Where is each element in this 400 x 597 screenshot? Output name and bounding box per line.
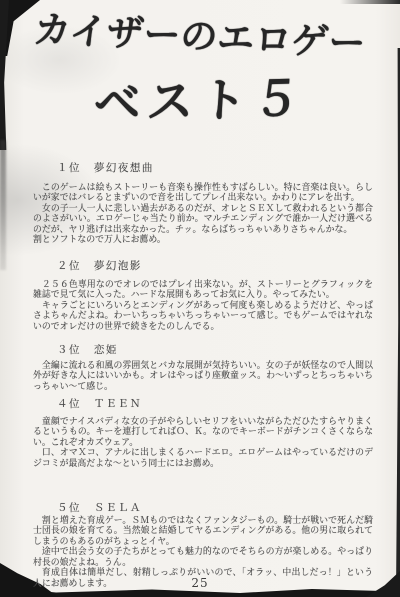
entry-3-heading: ３位 恋姫 [57, 342, 118, 357]
entry-2-review: ２５６色専用なのでオレのではプレイ出来ない。が、ストーリーとグラフィックを雑誌で… [33, 280, 373, 332]
entry-4-game-title: ＴＥＥＮ [94, 398, 142, 410]
entry-2-paragraph: キャラごとにいろいろとエンディングがあって何度も楽しめるようだけど、やっぱさよち… [33, 301, 373, 332]
entry-1-paragraph: このゲームは絵もストーリーも音楽も操作性もすばらしい。特に音楽は良い。らしいが家… [33, 183, 373, 204]
entry-4-rank: ４位 [57, 398, 81, 410]
entry-2-rank: ２位 [57, 260, 81, 272]
page-title-line2: ベスト５ [0, 59, 400, 137]
entry-1-paragraph: 割とソフトなので万人にお薦め。 [33, 235, 373, 245]
entry-3-paragraph: 全編に流れる和風の雰囲気とバカな展開が気持ちいい。女の子が妖怪なので人間以外が好… [33, 361, 373, 392]
scan-smudge-left [0, 140, 6, 270]
page-title-line1: カイザーのエロゲー [0, 0, 400, 69]
entry-3-review: 全編に流れる和風の雰囲気とバカな展開が気持ちいい。女の子が妖怪なので人間以外が好… [33, 361, 373, 392]
entry-4-review: 童顔でナイスバディな女の子がやらしいセリフをいいながらただひたすらヤりまくるとい… [33, 417, 373, 469]
entry-2-game-title: 夢幻泡影 [94, 260, 142, 272]
entry-2-paragraph: ２５６色専用なのでオレのではプレイ出来ない。が、ストーリーとグラフィックを雑誌で… [33, 280, 373, 301]
entry-2-heading: ２位 夢幻泡影 [57, 258, 142, 273]
entry-1-game-title: 夢幻夜想曲 [94, 162, 154, 174]
entry-1-paragraph: 女の子一人一人に悲しい過去があるのだが、オレとＳＥＸして救われるという都合のよさ… [33, 204, 373, 235]
entry-4-heading: ４位 ＴＥＥＮ [57, 396, 142, 411]
entry-5-game-title: ＳＥＬＡ [94, 502, 142, 514]
scanned-page: カイザーのエロゲー ベスト５ １位 夢幻夜想曲 このゲームは絵もストーリーも音楽… [0, 0, 400, 597]
entry-5-paragraph: 割と増えた育成ゲー。ＳＭものではなくファンタジーもの。騎士が戦いで死んだ騎士団長… [33, 516, 373, 547]
entry-5-paragraph: 途中で出会う女の子たちがとっても魅力的なのでそちらの方が楽しめる。やっぱり村長の… [33, 547, 373, 568]
entry-3-rank: ３位 [57, 344, 81, 356]
entry-1-review: このゲームは絵もストーリーも音楽も操作性もすばらしい。特に音楽は良い。らしいが家… [33, 183, 373, 246]
page-number: 25 [0, 576, 400, 590]
entry-1-rank: １位 [57, 162, 81, 174]
entry-4-paragraph: 童顔でナイスバディな女の子がやらしいセリフをいいながらただひたすらヤりまくるとい… [33, 417, 373, 448]
entry-1-heading: １位 夢幻夜想曲 [57, 160, 154, 175]
entry-3-game-title: 恋姫 [94, 344, 118, 356]
entry-4-paragraph: 口、オマＸコ、アナルに出しまくるハードエロ。エロゲームはやっているだけのデジコミ… [33, 448, 373, 469]
scan-edge-top-right [340, 0, 400, 4]
entry-5-rank: ５位 [57, 502, 81, 514]
entry-5-heading: ５位 ＳＥＬＡ [57, 500, 142, 515]
page-title: カイザーのエロゲー ベスト５ [0, 6, 400, 131]
